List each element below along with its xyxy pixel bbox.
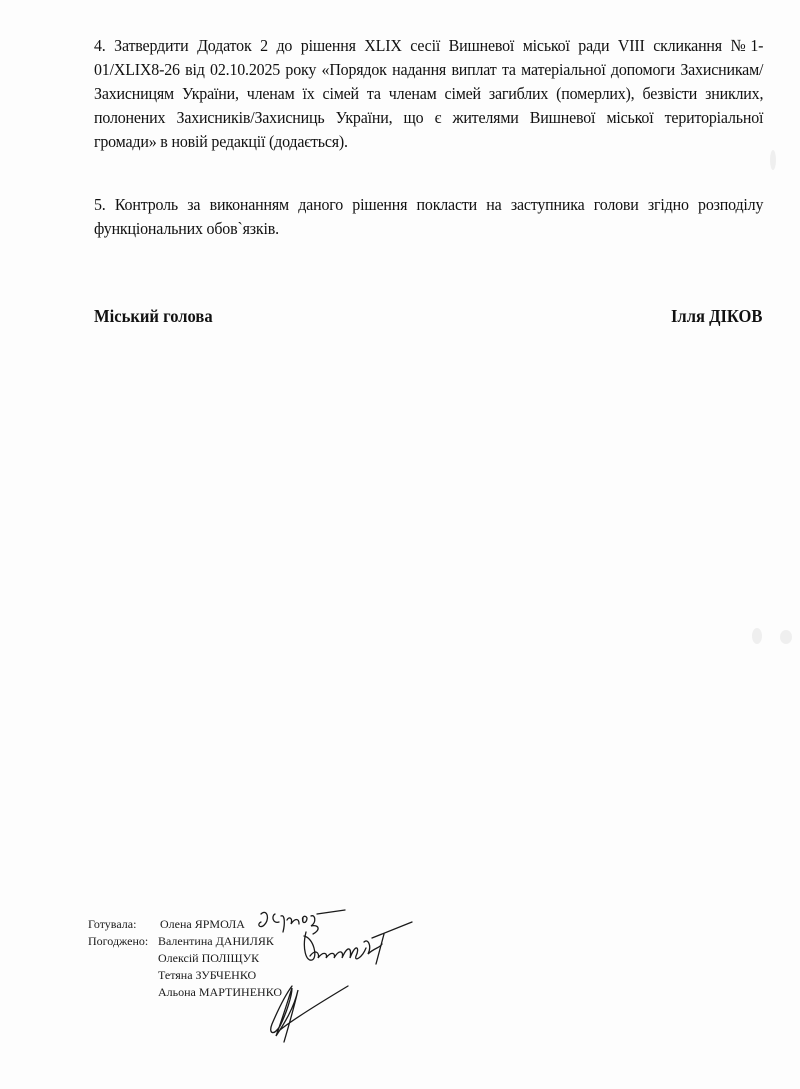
handwritten-signature-icon <box>255 906 350 936</box>
scan-artifact <box>752 628 762 644</box>
handwritten-signature-icon <box>296 918 414 968</box>
approved-label: Погоджено: <box>88 933 148 950</box>
document-page: 4. Затвердити Додаток 2 до рішення XLIX … <box>0 0 800 1089</box>
paragraph-5: 5. Контроль за виконанням даного рішення… <box>94 193 763 241</box>
prepared-by: Олена ЯРМОЛА <box>160 916 245 933</box>
signatory-title: Міський голова <box>94 306 213 327</box>
approver-1: Валентина ДАНИЛЯК <box>158 933 274 950</box>
signatory-name: Ілля ДІКОВ <box>671 306 762 327</box>
paragraph-4: 4. Затвердити Додаток 2 до рішення XLIX … <box>94 34 763 154</box>
prepared-label: Готувала: <box>88 916 136 933</box>
signature-block: Міський голова Ілля ДІКОВ <box>94 306 762 336</box>
approver-4: Альона МАРТИНЕНКО <box>158 984 282 1001</box>
approver-3: Тетяна ЗУБЧЕНКО <box>158 967 256 984</box>
scan-artifact <box>770 150 776 170</box>
scan-artifact <box>780 630 792 644</box>
approver-2: Олексій ПОЛІЩУК <box>158 950 259 967</box>
